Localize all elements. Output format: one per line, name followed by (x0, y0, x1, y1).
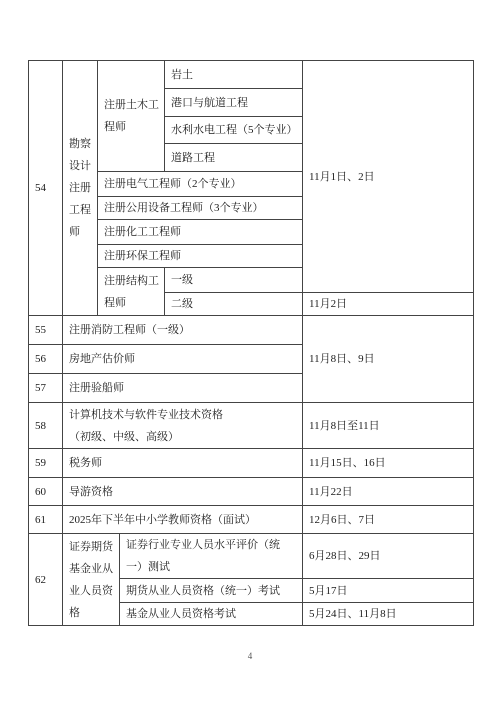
group-name-cell: 注册结构工程师 (98, 268, 165, 316)
level-cell: 二级 (165, 293, 303, 316)
date-cell: 11月2日 (303, 293, 474, 316)
row-number-cell: 56 (29, 345, 63, 374)
exam-name-cell: 注册环保工程师 (98, 245, 303, 268)
date-cell: 12月6日、7日 (303, 506, 474, 534)
exam-name-cell: 税务师 (63, 449, 303, 478)
exam-name-cell: 证券行业专业人员水平评价（统 一）测试 (120, 534, 303, 579)
date-cell: 11月15日、16日 (303, 449, 474, 478)
date-cell: 11月8日至11日 (303, 403, 474, 449)
date-cell: 11月22日 (303, 478, 474, 506)
date-cell: 5月24日、11月8日 (303, 603, 474, 626)
exam-name-line: （初级、中级、高级） (69, 426, 298, 448)
row-number-cell: 62 (29, 534, 63, 626)
exam-name-cell: 房地产估价师 (63, 345, 303, 374)
exam-name-cell: 注册验船师 (63, 374, 303, 403)
row-number-cell: 54 (29, 61, 63, 316)
date-cell: 11月8日、9日 (303, 316, 474, 403)
specialty-cell: 道路工程 (165, 144, 303, 172)
exam-name-line: 计算机技术与软件专业技术资格 (69, 404, 298, 426)
row-number-cell: 59 (29, 449, 63, 478)
specialty-cell: 水利水电工程（5个专业） (165, 117, 303, 144)
row-number-cell: 60 (29, 478, 63, 506)
group-name-cell: 注册土木工程师 (98, 61, 165, 172)
table-row: 54 勘察设计注册工程师 注册土木工程师 岩土 11月1日、2日 (29, 61, 474, 89)
table-row: 62 证券期货基金业从业人员资格 证券行业专业人员水平评价（统 一）测试 6月2… (29, 534, 474, 579)
exam-schedule-table: 54 勘察设计注册工程师 注册土木工程师 岩土 11月1日、2日 港口与航道工程… (28, 60, 474, 626)
row-number-cell: 58 (29, 403, 63, 449)
date-cell: 11月1日、2日 (303, 61, 474, 293)
exam-name-cell: 注册公用设备工程师（3个专业） (98, 197, 303, 220)
exam-name-cell: 注册消防工程师（一级） (63, 316, 303, 345)
specialty-cell: 港口与航道工程 (165, 89, 303, 117)
date-cell: 6月28日、29日 (303, 534, 474, 579)
exam-name-cell: 导游资格 (63, 478, 303, 506)
level-cell: 一级 (165, 268, 303, 293)
exam-name-line: 证券行业专业人员水平评价（统 (126, 534, 298, 556)
exam-name-line: 一）测试 (126, 556, 298, 578)
exam-name-cell: 注册电气工程师（2个专业） (98, 172, 303, 197)
table-row: 59 税务师 11月15日、16日 (29, 449, 474, 478)
exam-name-cell: 期货从业人员资格（统一）考试 (120, 579, 303, 603)
table-row: 61 2025年下半年中小学教师资格（面试） 12月6日、7日 (29, 506, 474, 534)
row-number-cell: 61 (29, 506, 63, 534)
exam-name-cell: 计算机技术与软件专业技术资格 （初级、中级、高级） (63, 403, 303, 449)
row-number-cell: 55 (29, 316, 63, 345)
table-row: 55 注册消防工程师（一级） 11月8日、9日 (29, 316, 474, 345)
table-row: 58 计算机技术与软件专业技术资格 （初级、中级、高级） 11月8日至11日 (29, 403, 474, 449)
table-row: 60 导游资格 11月22日 (29, 478, 474, 506)
category-cell: 证券期货基金业从业人员资格 (63, 534, 120, 626)
document-page: 54 勘察设计注册工程师 注册土木工程师 岩土 11月1日、2日 港口与航道工程… (0, 0, 500, 707)
row-number-cell: 57 (29, 374, 63, 403)
page-number: 4 (0, 651, 500, 661)
exam-name-cell: 2025年下半年中小学教师资格（面试） (63, 506, 303, 534)
exam-name-cell: 注册化工工程师 (98, 220, 303, 245)
category-cell: 勘察设计注册工程师 (63, 61, 98, 316)
date-cell: 5月17日 (303, 579, 474, 603)
specialty-cell: 岩土 (165, 61, 303, 89)
exam-name-cell: 基金从业人员资格考试 (120, 603, 303, 626)
